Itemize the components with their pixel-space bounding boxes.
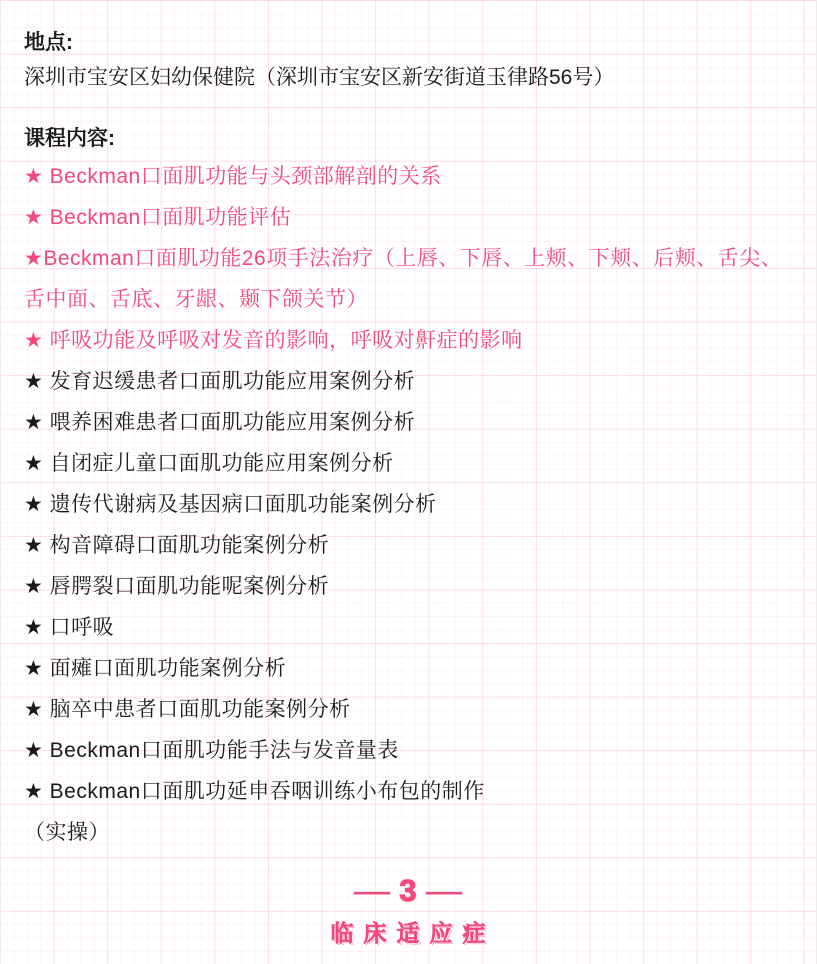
course-item: ★ 自闭症儿童口面肌功能应用案例分析 [24,443,792,484]
course-item: ★ Beckman口面肌功能手法与发音量表 [24,730,792,771]
course-item: ★Beckman口面肌功能26项手法治疗（上唇、下唇、上颊、下颊、后颊、舌尖、舌… [24,238,792,320]
article-page: 地点: 深圳市宝安区妇幼保健院（深圳市宝安区新安街道玉律路56号） 课程内容: … [0,0,817,964]
divider-dash-right: — [425,873,461,909]
course-item: ★ Beckman口面肌功能与头颈部解剖的关系 [24,156,792,197]
course-item: ★ 口呼吸 [24,607,792,648]
course-list: ★ Beckman口面肌功能与头颈部解剖的关系★ Beckman口面肌功能评估★… [24,156,792,853]
section-divider: —3— [24,871,792,909]
location-value: 深圳市宝安区妇幼保健院（深圳市宝安区新安街道玉律路56号） [24,60,792,96]
course-item: ★ 构音障碍口面肌功能案例分析 [24,525,792,566]
course-item: ★ 面瘫口面肌功能案例分析 [24,648,792,689]
course-item: ★ 呼吸功能及呼吸对发音的影响，呼吸对鼾症的影响 [24,320,792,361]
course-item: ★ 发育迟缓患者口面肌功能应用案例分析 [24,361,792,402]
course-item: ★ 脑卒中患者口面肌功能案例分析 [24,689,792,730]
course-item: （实操） [24,812,792,853]
course-content-label: 课程内容: [24,122,792,156]
location-label: 地点: [24,26,792,60]
course-item: ★ Beckman口面肌功能评估 [24,197,792,238]
section-title: 临床适应症 [24,915,792,948]
divider-dash-left: — [354,873,390,909]
course-item: ★ Beckman口面肌功延申吞咽训练小布包的制作 [24,771,792,812]
course-item: ★ 唇腭裂口面肌功能呢案例分析 [24,566,792,607]
course-item: ★ 遗传代谢病及基因病口面肌功能案例分析 [24,484,792,525]
course-item: ★ 喂养困难患者口面肌功能应用案例分析 [24,402,792,443]
page-number: 3 [399,873,416,909]
